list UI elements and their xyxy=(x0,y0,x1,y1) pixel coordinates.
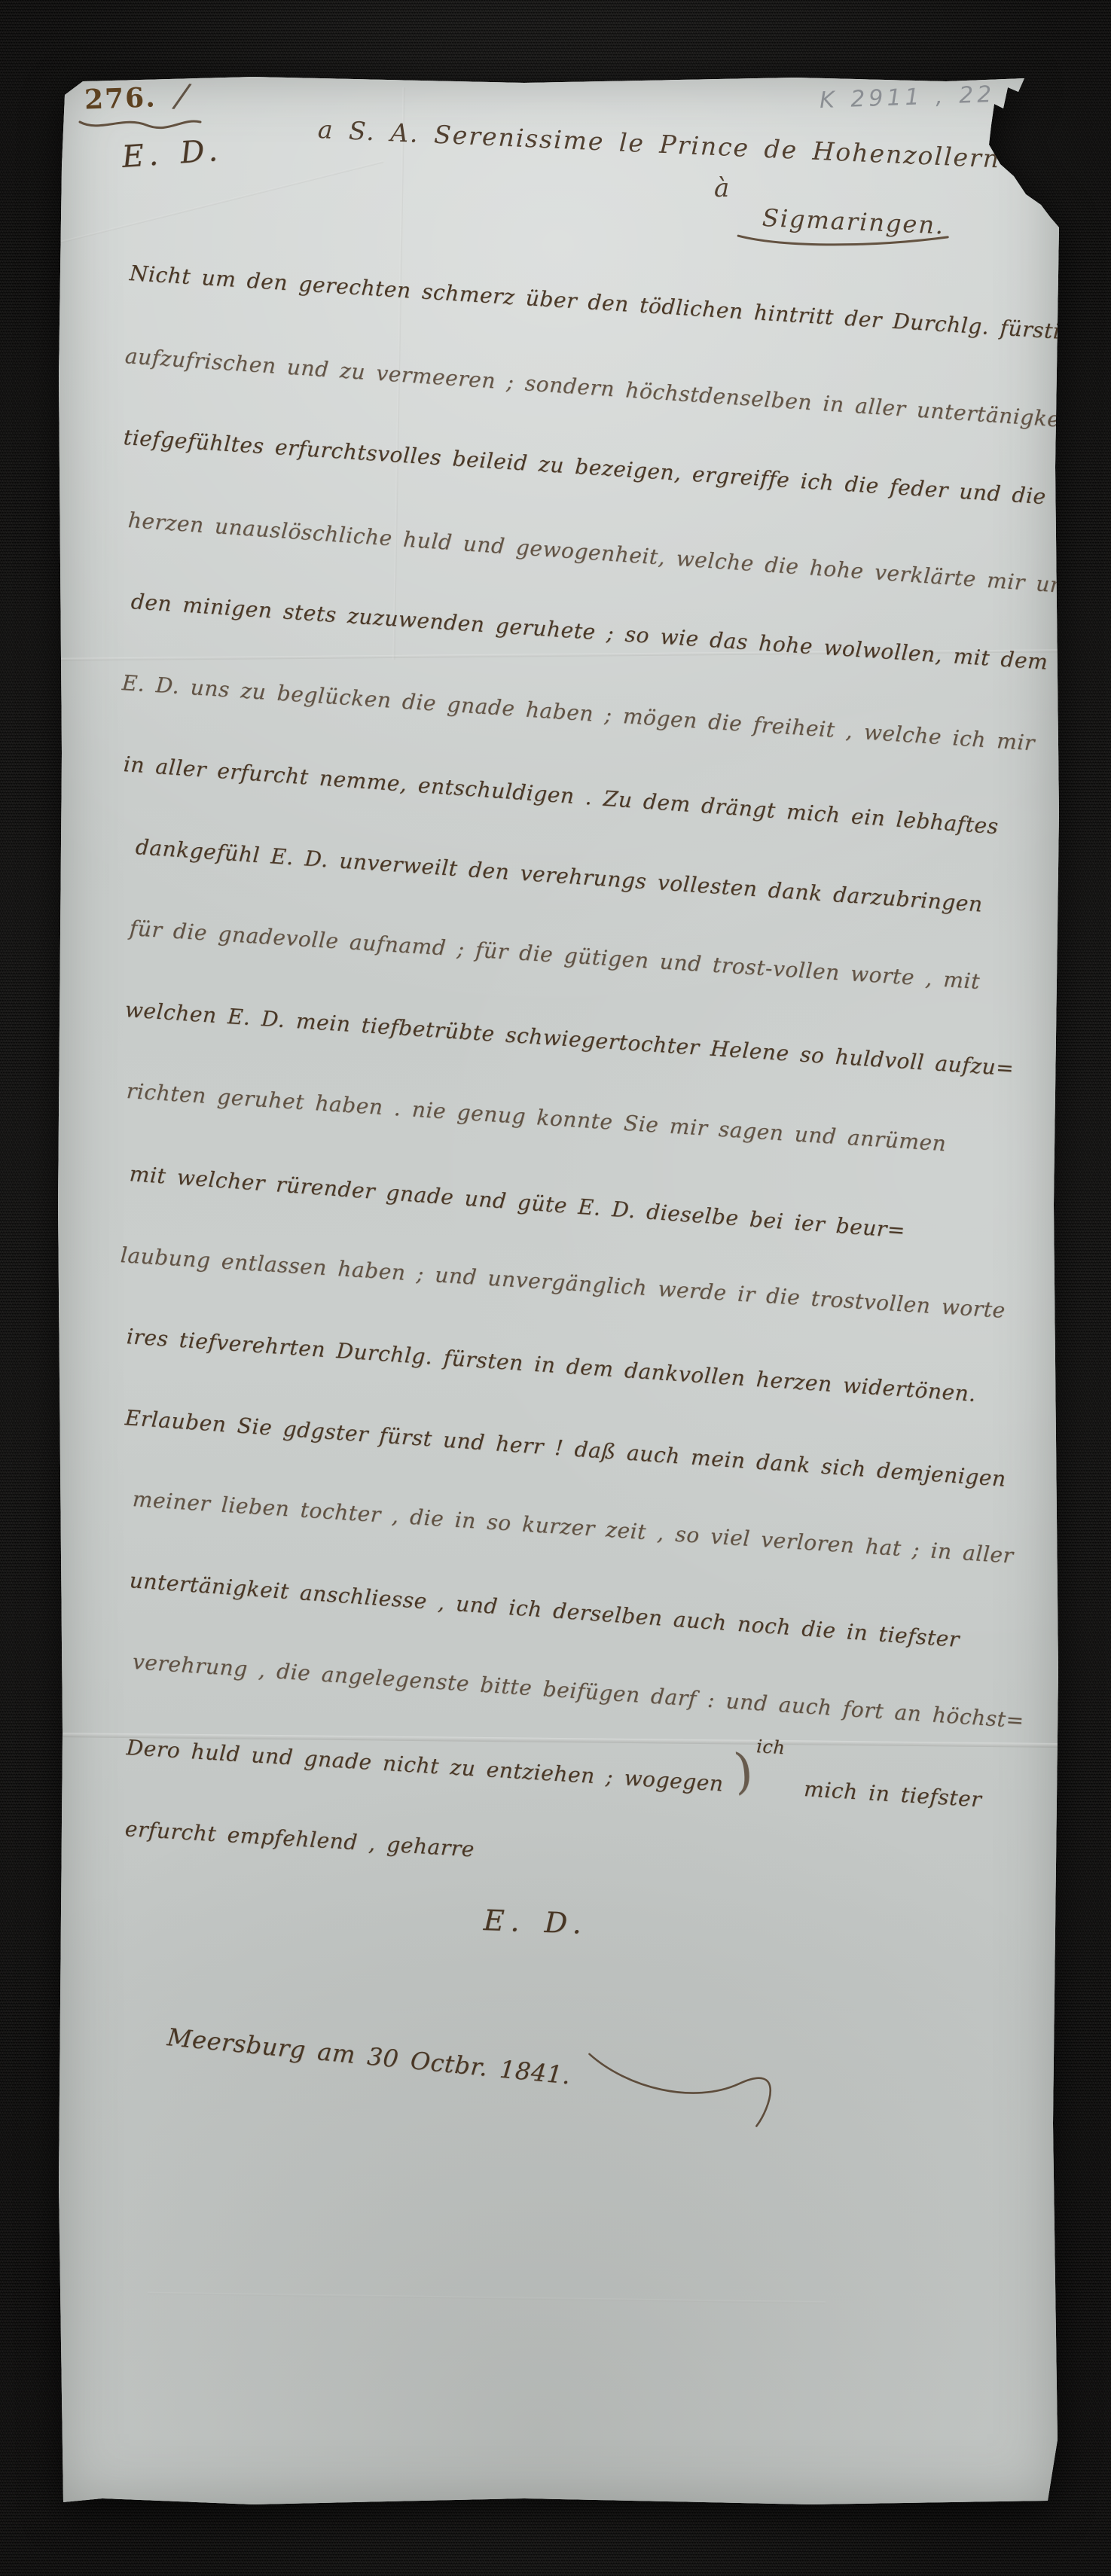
manuscript-line: aufzufrischen und zu vermeeren ; sondern… xyxy=(124,343,1111,437)
crease-line xyxy=(40,160,384,248)
manuscript-line: E. D. uns zu beglücken die gnade haben ;… xyxy=(121,670,1036,755)
manuscript-line: herzen unauslöschliche huld und gewogenh… xyxy=(127,508,1079,599)
manuscript-line: mit welcher rürender gnade und güte E. D… xyxy=(129,1161,906,1243)
address-line: a S. A. Serenissime le Prince de Hohenzo… xyxy=(317,114,1001,174)
letter-sheet-wrap: 276. / E. D. K 2911 , 22 a S. A. Serenis… xyxy=(57,75,1059,2506)
manuscript-line: welchen E. D. mein tiefbetrübte schwiege… xyxy=(124,997,1015,1081)
manuscript-line: tiefgefühltes erfurchtsvolles beileid zu… xyxy=(123,425,1111,517)
manuscript-line: meiner lieben tochter , die in so kurzer… xyxy=(132,1486,1015,1568)
dateline: Meersburg am 30 Octbr. 1841. xyxy=(164,2003,781,2131)
manuscript-line: in aller erfurcht nemme, entschuldigen .… xyxy=(123,751,1000,839)
dateline-flourish xyxy=(579,2043,781,2130)
archive-fabric-background: 276. / E. D. K 2911 , 22 a S. A. Serenis… xyxy=(0,0,1111,2576)
pencil-shelfmark: K 2911 , 22 xyxy=(819,81,995,114)
check-mark-icon: / xyxy=(174,76,191,116)
insertion-brace-icon: ) xyxy=(731,1743,755,1800)
manuscript-line: dankgefühl E. D. unverweilt den verehrun… xyxy=(135,834,984,917)
closing-line-end: mich in tiefster xyxy=(803,1776,982,1812)
manuscript-line: laubung entlassen haben ; und unvergängl… xyxy=(120,1242,1006,1323)
manuscript-line: erfurcht empfehlend , geharre xyxy=(124,1816,475,1862)
manuscript-line: für die gnadevolle aufnamd ; für die güt… xyxy=(129,916,981,994)
closing-line-start: Dero huld und gnade nicht zu entziehen ;… xyxy=(126,1735,725,1796)
manuscript-line: untertänigkeit anschliesse , und ich der… xyxy=(129,1568,960,1652)
folio-number-text: 276. xyxy=(84,81,157,115)
inserted-word: ich xyxy=(755,1736,786,1758)
folio-number: 276. xyxy=(84,81,157,115)
address-place-prefix: à xyxy=(714,173,731,203)
letter-sheet: 276. / E. D. K 2911 , 22 a S. A. Serenis… xyxy=(57,75,1059,2506)
manuscript-line-with-insertion: Dero huld und gnade nicht zu entziehen ;… xyxy=(126,1732,983,1812)
manuscript-line: den minigen stets zuzuwenden geruhete ; … xyxy=(130,589,1049,675)
dateline-text: Meersburg am 30 Octbr. 1841. xyxy=(166,2023,572,2090)
manuscript-line: Nicht um den gerechten schmerz über den … xyxy=(129,261,1111,350)
marginal-abbrev: E. D. xyxy=(121,133,223,175)
manuscript-line: ires tiefverehrten Durchlg. fürsten in d… xyxy=(126,1324,977,1407)
crease-line xyxy=(148,2292,826,2304)
manuscript-line: Erlauben Sie gdgster fürst und herr ! da… xyxy=(124,1405,1007,1492)
insertion-group: ich ) xyxy=(734,1769,794,1795)
manuscript-line: richten geruhet haben . nie genug konnte… xyxy=(126,1078,947,1156)
valediction-abbrev: E. D. xyxy=(483,1904,588,1940)
manuscript-line: verehrung , die angelegenste bitte beifü… xyxy=(132,1649,1025,1733)
folio-underline-flourish xyxy=(77,114,205,134)
